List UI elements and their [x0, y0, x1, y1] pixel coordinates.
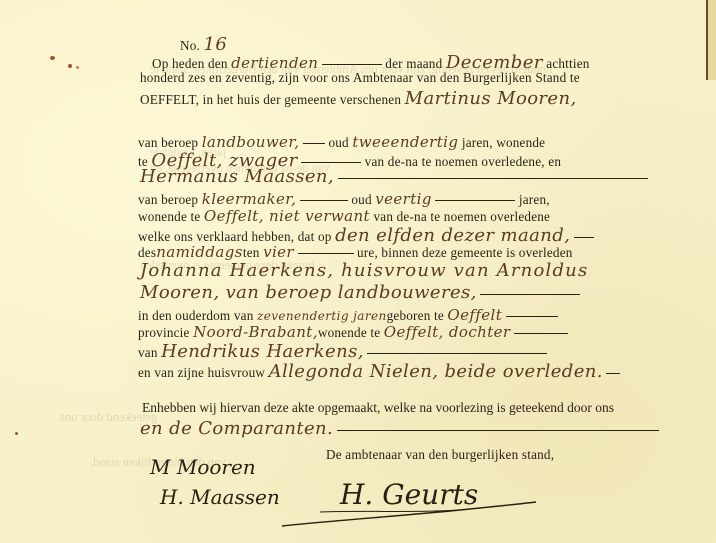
handwritten-occupation: landbouwer,: [202, 133, 300, 151]
handwritten-mother-name: Allegonda Nielen, beide overleden.: [269, 361, 603, 382]
blank-line: [367, 352, 547, 354]
signature-witness-1: M Mooren: [150, 455, 256, 479]
handwritten-age: tweeendertig: [352, 133, 458, 151]
printed-text: De ambtenaar van den burgerlijken stand,: [326, 447, 554, 462]
handwritten-declarant-1: Martinus Mooren,: [405, 88, 577, 109]
handwritten-province: Noord-Brabant,: [193, 323, 318, 341]
printed-text: van beroep: [138, 135, 198, 150]
signature-flourish: [280, 490, 540, 530]
blank-line: [298, 252, 354, 254]
blank-line: [514, 332, 568, 334]
printed-text: ten: [243, 245, 260, 260]
handwritten-occupation: kleermaker,: [202, 190, 297, 208]
signature-witness-2: H. Maassen: [160, 485, 280, 509]
printed-text: ure, binnen deze gemeente is overleden: [357, 245, 573, 260]
handwritten-residence-relation: Oeffelt, dochter: [384, 323, 511, 341]
foxing-stain: [76, 66, 79, 69]
printed-text: oud: [351, 192, 371, 207]
foxing-stain: [68, 64, 72, 68]
text-line-17: Enhebben wij hiervan deze akte opgemaakt…: [142, 400, 614, 416]
blank-line: [506, 315, 558, 317]
foxing-stain: [15, 432, 18, 435]
text-line-2: honderd zes en zeventig, zijn voor ons A…: [140, 70, 580, 86]
text-line-18: en de Comparanten.: [140, 418, 659, 439]
printed-text: provincie: [138, 325, 190, 340]
handwritten-father-name: Hendrikus Haerkens,: [161, 341, 364, 362]
handwritten-declarant-2: Hermanus Maassen,: [140, 166, 334, 187]
printed-text: jaren, wonende: [462, 135, 545, 150]
blank-line: [606, 372, 620, 374]
printed-text: geboren te: [387, 308, 444, 323]
printed-text: oud: [328, 135, 348, 150]
handwritten-closing: en de Comparanten.: [140, 418, 333, 439]
handwritten-deceased-details: Mooren, van beroep landbouweres,: [140, 282, 477, 303]
blank-line: [435, 199, 515, 201]
handwritten-age: veertig: [375, 190, 432, 208]
text-line-14: provincie Noord-Brabant,wonende te Oeffe…: [138, 323, 568, 341]
blank-line: [300, 199, 348, 201]
handwritten-deceased-name: Johanna Haerkens, huisvrouw van Arnoldus: [140, 260, 588, 281]
blank-line: [574, 236, 594, 238]
foxing-stain: [50, 56, 55, 60]
printed-text: achttien: [546, 56, 589, 71]
printed-text: OEFFELT, in het huis der gemeente versch…: [140, 92, 401, 107]
register-page: honderd zes en zeventig, zijn voor ons A…: [0, 0, 716, 543]
printed-text: van: [138, 345, 158, 360]
printed-text: van de-na te noemen overledene: [373, 209, 550, 224]
blank-line: [337, 429, 659, 431]
text-line-10: desnamiddagsten vier ure, binnen deze ge…: [138, 243, 573, 261]
blank-line: [322, 63, 382, 65]
text-line-11: Johanna Haerkens, huisvrouw van Arnoldus: [140, 260, 588, 281]
text-line-16: en van zijne huisvrouw Allegonda Nielen,…: [138, 361, 620, 382]
text-line-4: van beroep landbouwer, oud tweeendertig …: [138, 133, 545, 151]
printed-text: wonende te: [138, 209, 200, 224]
printed-text: Op heden den: [152, 56, 228, 71]
handwritten-residence-relation: Oeffelt, niet verwant: [204, 207, 370, 225]
text-line-6: Hermanus Maassen,: [140, 166, 648, 187]
handwritten-birthplace: Oeffelt: [447, 306, 502, 324]
printed-text: wonende te: [318, 325, 380, 340]
text-line-15: van Hendrikus Haerkens,: [138, 341, 547, 362]
handwritten-time-of-day: namiddags: [156, 243, 243, 261]
printed-text: van beroep: [138, 192, 198, 207]
printed-text: honderd zes en zeventig, zijn voor ons A…: [140, 70, 580, 85]
text-line-7: van beroep kleermaker, oud veertig jaren…: [138, 190, 550, 208]
handwritten-deceased-age: zevenendertig jaren: [257, 309, 387, 323]
official-caption: De ambtenaar van den burgerlijken stand,: [326, 447, 554, 463]
blank-line: [301, 161, 361, 163]
handwritten-hour: vier: [263, 243, 294, 261]
number-label: No.: [180, 38, 200, 53]
blank-line: [338, 177, 648, 179]
printed-text: in den ouderdom van: [138, 308, 254, 323]
text-line-13: in den ouderdom van zevenendertig jareng…: [138, 306, 558, 324]
blank-line: [480, 293, 580, 295]
printed-text: des: [138, 245, 156, 260]
blank-line: [303, 142, 325, 144]
text-line-8: wonende te Oeffelt, niet verwant van de-…: [138, 207, 550, 225]
printed-text: en van zijne huisvrouw: [138, 365, 265, 380]
printed-text: jaren,: [519, 192, 550, 207]
printed-text: Enhebben wij hiervan deze akte opgemaakt…: [142, 400, 614, 415]
text-line-12: Mooren, van beroep landbouweres,: [140, 282, 580, 303]
text-line-3: OEFFELT, in het huis der gemeente versch…: [140, 88, 577, 109]
printed-text: welke ons verklaard hebben, dat op: [138, 229, 332, 244]
binding-edge: [706, 0, 716, 80]
printed-text: der maand: [385, 56, 442, 71]
